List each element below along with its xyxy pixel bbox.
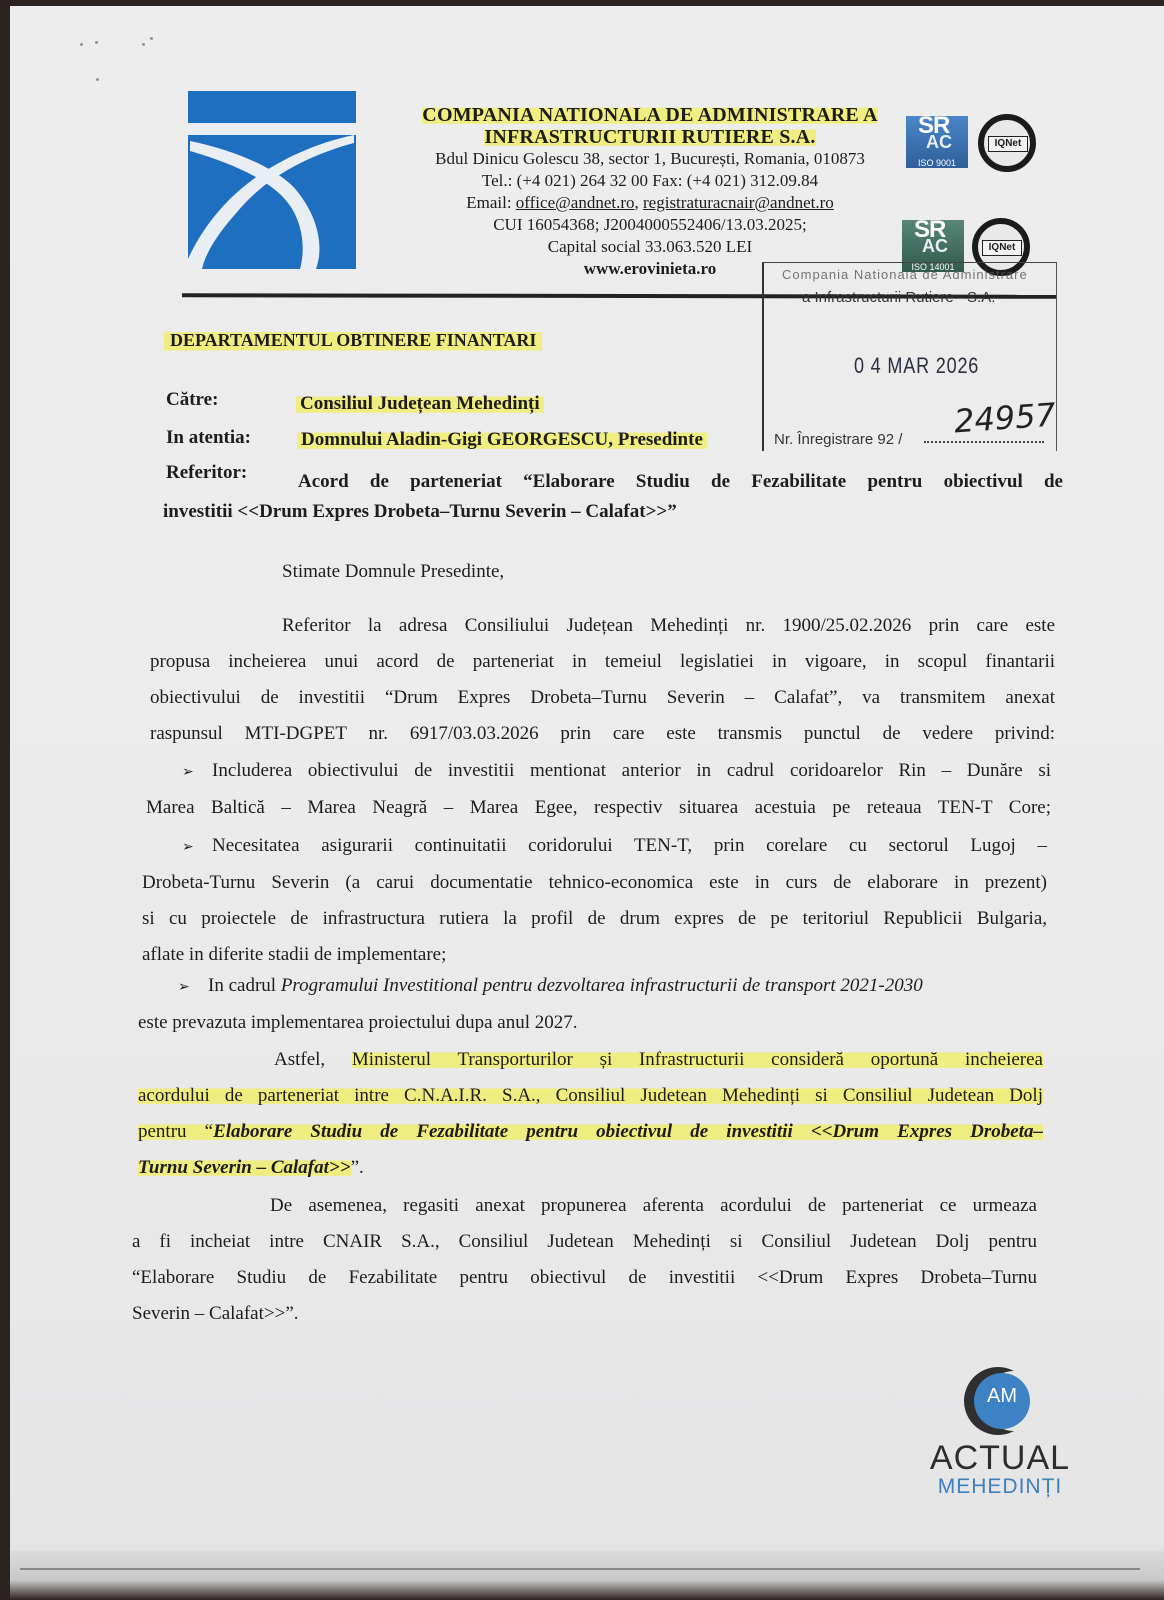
bullet3-line: este prevazuta implementarea proiectului…: [138, 1005, 1043, 1041]
am-monogram-text: AM: [976, 1385, 1028, 1408]
cnair-logo-icon: [188, 91, 356, 269]
p3-line: De asemenea, regasiti anexat propunerea …: [132, 1188, 1037, 1224]
bullet2-line: Necesitatea asigurarii continuitatii cor…: [212, 835, 1047, 856]
paper-stack-line: [20, 1568, 1140, 1570]
company-name-line2: INFRASTRUCTURII RUTIERE S.A.: [484, 126, 815, 148]
p2-highlight: Ministerul Transporturilor și Infrastruc…: [352, 1049, 1043, 1070]
stamp-org-line1: Compania Natională de Administrare: [782, 267, 1028, 282]
stamp-registration-number: 24957: [953, 395, 1057, 440]
email-office-link[interactable]: office@andnet.ro: [516, 193, 635, 212]
company-address: Bdul Dinicu Golescu 38, sector 1, Bucure…: [390, 148, 910, 170]
letter-page: COMPANIA NATIONALA DE ADMINISTRARE A INF…: [10, 6, 1164, 1600]
bullet1-line: Includerea obiectivului de investitii me…: [212, 760, 1051, 781]
stamp-registration-label: Nr. Înregistrare 92 /: [774, 431, 902, 448]
srac-iso-9001-badge-icon: SR AC ISO 9001: [906, 116, 968, 168]
arrowhead-bullet-icon: ➢: [182, 754, 212, 790]
bullet3-prefix: In cadrul: [208, 975, 281, 996]
paper-stack-edge: [10, 1550, 1164, 1600]
stamp-date: 0 4 MAR 2026: [854, 353, 979, 379]
p2-start: Astfel,: [274, 1049, 352, 1070]
registration-stamp: Compania Natională de Administrare a Inf…: [762, 262, 1057, 451]
p2-project-title-end: Turnu Severin – Calafat>>: [138, 1157, 351, 1178]
paper-specks: [70, 31, 190, 91]
paragraph-2: Astfel, Ministerul Transporturilor și In…: [138, 1042, 1043, 1186]
arrowhead-bullet-icon: ➢: [178, 969, 208, 1005]
badge-ac: AC: [926, 132, 952, 153]
p1-line: propusa incheierea unui acord de partene…: [150, 644, 1055, 680]
p3-line: Severin – Calafat>>”.: [132, 1296, 1037, 1332]
bullet2-line: si cu proiectele de infrastructura rutie…: [142, 901, 1047, 937]
arrowhead-bullet-icon: ➢: [182, 829, 212, 865]
p1-line: raspunsul MTI-DGPET nr. 6917/03.03.2026 …: [150, 716, 1055, 752]
email-registry-link[interactable]: registraturacnair@andnet.ro: [643, 193, 834, 212]
p2-end: ”.: [351, 1157, 364, 1178]
bullet-2: ➢Necesitatea asigurarii continuitatii co…: [142, 828, 1047, 973]
p3-line: a fi incheiat intre CNAIR S.A., Consiliu…: [132, 1224, 1037, 1260]
company-registry: CUI 16054368; J2004000552406/13.03.2025;: [390, 214, 910, 236]
company-email: Email: office@andnet.ro, registraturacna…: [390, 192, 910, 214]
iqnet-badge-icon: IQNet: [978, 114, 1036, 172]
company-phone-fax: Tel.: (+4 021) 264 32 00 Fax: (+4 021) 3…: [390, 170, 910, 192]
company-header: COMPANIA NATIONALA DE ADMINISTRARE A INF…: [390, 104, 910, 280]
salutation: Stimate Domnule Presedinte,: [282, 554, 1164, 590]
p1-line: obiectivului de investitii “Drum Expres …: [150, 680, 1055, 716]
badge-standard: ISO 9001: [906, 158, 968, 168]
company-name-line1: COMPANIA NATIONALA DE ADMINISTRARE A: [422, 104, 877, 126]
email-separator: ,: [635, 193, 644, 212]
p2-project-title: Elaborare Studiu de Fezabilitate pentru …: [213, 1121, 1043, 1142]
watermark-line1: ACTUAL: [920, 1439, 1080, 1478]
bullet1-line: Marea Baltică – Marea Neagră – Marea Ege…: [146, 790, 1051, 826]
stamp-dotted-line: [924, 441, 1044, 443]
to-label: Către:: [166, 389, 218, 411]
attention-value: Domnului Aladin-Gigi GEORGESCU, Presedin…: [297, 429, 707, 451]
attention-label: In atentia:: [166, 427, 251, 449]
stamp-org-line2: a Infrastructurii Rutiere - S.A.: [802, 289, 995, 306]
subject-line1: Acord de parteneriat “Elaborare Studiu d…: [163, 467, 1063, 497]
company-capital: Capital social 33.063.520 LEI: [390, 236, 910, 258]
badge-ac: AC: [922, 236, 948, 257]
paragraph-1: Referitor la adresa Consiliului Județean…: [150, 608, 1055, 752]
watermark-line2: MEHEDINȚI: [920, 1475, 1080, 1499]
bullet-3: ➢In cadrul Programului Investitional pen…: [138, 968, 1043, 1041]
bullet2-line: Drobeta-Turnu Severin (a carui documenta…: [142, 865, 1047, 901]
p2-line3-prefix: pentru “: [138, 1121, 213, 1142]
p1-line: Referitor la adresa Consiliului Județean…: [150, 608, 1055, 644]
subject-line2: investitii <<Drum Expres Drobeta–Turnu S…: [163, 501, 677, 522]
actual-mehedinti-watermark: AM ACTUAL MEHEDINȚI: [920, 1361, 1080, 1501]
to-value: Consiliul Județean Mehedinți: [296, 393, 544, 415]
p3-line: “Elaborare Studiu de Fezabilitate pentru…: [132, 1260, 1037, 1296]
department-title: DEPARTAMENTUL OBTINERE FINANTARI: [164, 328, 542, 353]
subject-text: Acord de parteneriat “Elaborare Studiu d…: [163, 473, 1063, 527]
bullet3-program-title: Programului Investitional pentru dezvolt…: [281, 975, 923, 996]
bullet-1: ➢Includerea obiectivului de investitii m…: [146, 753, 1051, 826]
paragraph-3: De asemenea, regasiti anexat propunerea …: [132, 1188, 1037, 1332]
p2-highlight: acordului de parteneriat intre C.N.A.I.R…: [138, 1085, 1043, 1106]
iqnet-label: IQNet: [988, 136, 1028, 152]
iqnet-label: IQNet: [982, 240, 1022, 256]
email-label: Email:: [466, 193, 516, 212]
